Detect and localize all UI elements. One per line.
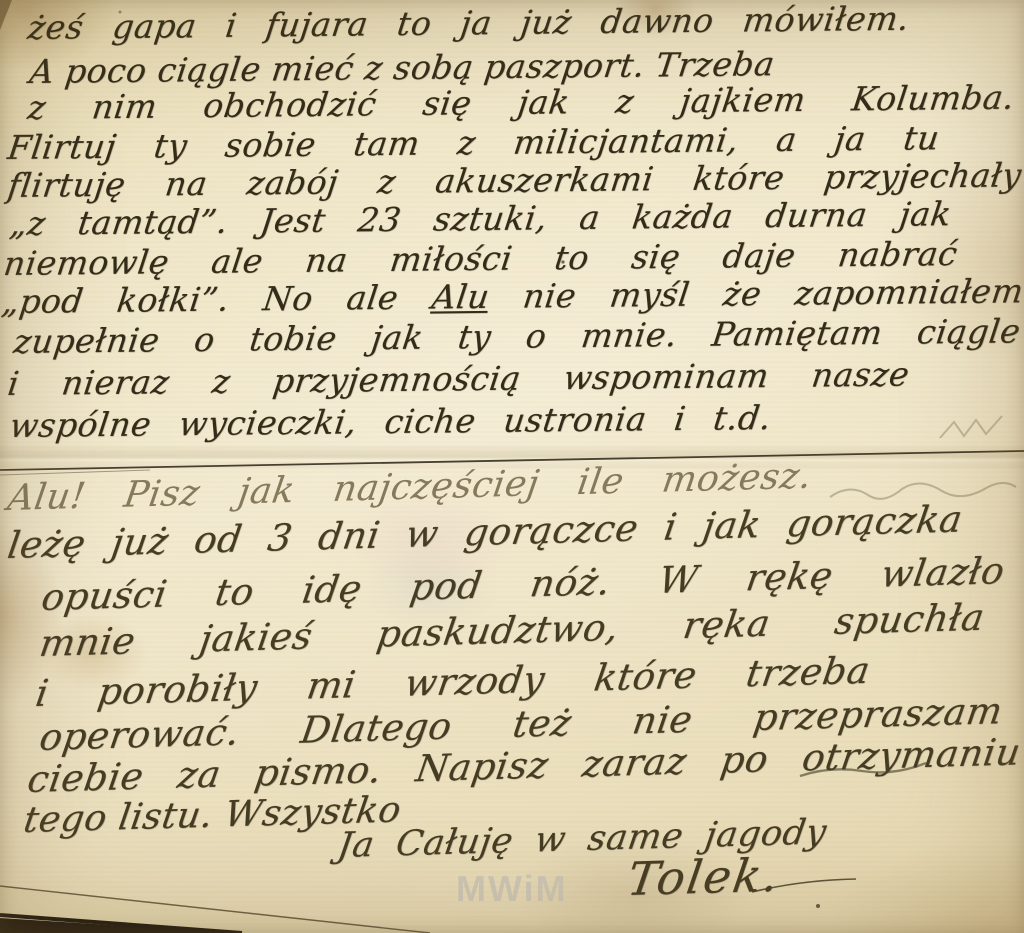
letter-line: i nieraz z przyjemnością wspominam nasze (5, 355, 911, 403)
letter-line: tego listu. Wszystko (21, 791, 369, 841)
corner-edge (0, 0, 12, 30)
watermark: MWiM (456, 868, 568, 910)
corner-crease-line (0, 886, 430, 933)
corner-fold-edge (0, 915, 242, 933)
signature: Tolek. (624, 846, 853, 906)
letter-text: „pod kołki”. No ale (0, 278, 435, 321)
faint-scribble (940, 416, 1002, 438)
underlined-name: Alu (430, 277, 492, 317)
letter-line: żeś gapa i fujara to ja już dawno mówiłe… (25, 0, 911, 47)
corner-shadow (0, 918, 238, 933)
ink-speck (816, 904, 820, 908)
letter-line: wspólne wycieczki, ciche ustronia i t.d. (7, 398, 773, 445)
letter-text: nie myśl że zapomniałem (487, 271, 1024, 316)
letter-page: żeś gapa i fujara to ja już dawno mówiłe… (0, 0, 1024, 933)
faint-scribble (830, 483, 1016, 499)
under-sheet (0, 886, 430, 933)
